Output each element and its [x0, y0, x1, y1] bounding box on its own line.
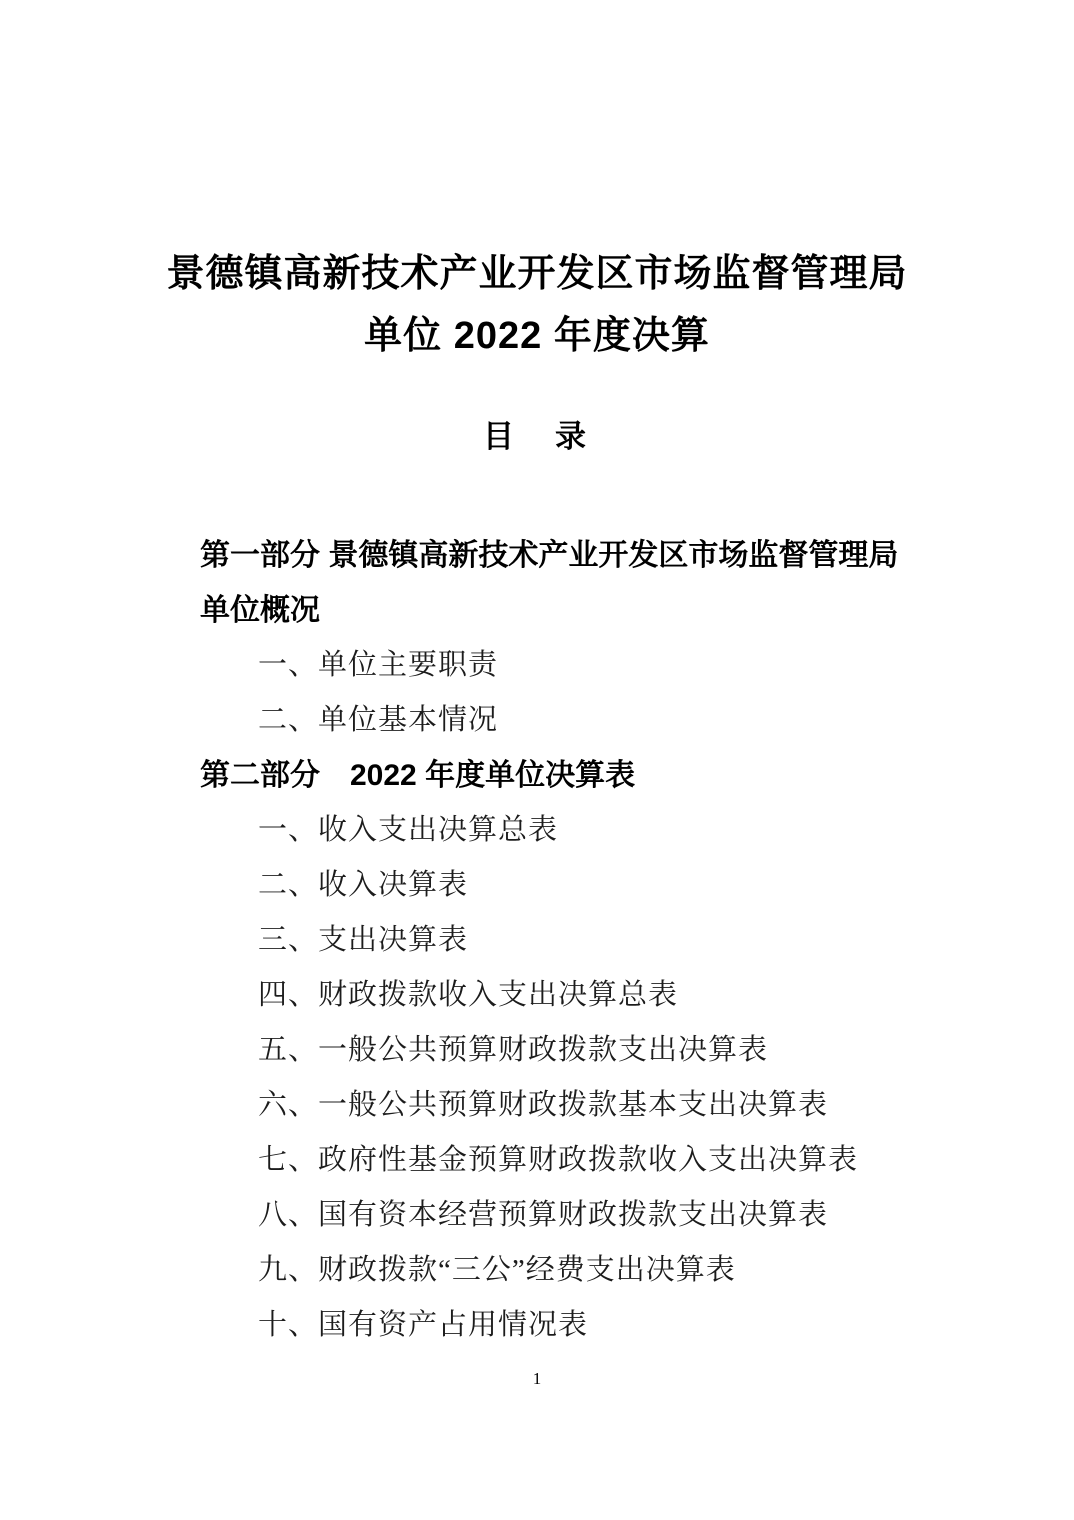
toc-part-heading: 第二部分 2022 年度单位决算表: [200, 748, 908, 803]
toc-item: 十、国有资产占用情况表: [200, 1298, 908, 1353]
document-title-line2: 单位 2022 年度决算: [0, 305, 1074, 367]
document-title: 景德镇高新技术产业开发区市场监督管理局 单位 2022 年度决算: [0, 243, 1074, 367]
toc-item: 一、收入支出决算总表: [200, 803, 908, 858]
toc-item: 五、一般公共预算财政拨款支出决算表: [200, 1023, 908, 1078]
toc-part-heading: 第一部分 景德镇高新技术产业开发区市场监督管理局单位概况: [200, 528, 908, 638]
toc-item: 三、支出决算表: [200, 913, 908, 968]
toc-list: 第一部分 景德镇高新技术产业开发区市场监督管理局单位概况一、单位主要职责二、单位…: [200, 528, 908, 1353]
toc-item: 四、财政拨款收入支出决算总表: [200, 968, 908, 1023]
document-page: 景德镇高新技术产业开发区市场监督管理局 单位 2022 年度决算 目 录 第一部…: [0, 0, 1074, 1520]
toc-heading: 目 录: [0, 417, 1074, 457]
toc-item: 二、单位基本情况: [200, 693, 908, 748]
toc-item: 九、财政拨款“三公”经费支出决算表: [200, 1243, 908, 1298]
toc-item: 一、单位主要职责: [200, 638, 908, 693]
document-title-line1: 景德镇高新技术产业开发区市场监督管理局: [0, 243, 1074, 305]
toc-item: 六、一般公共预算财政拨款基本支出决算表: [200, 1078, 908, 1133]
page-number: 1: [0, 1366, 1074, 1392]
toc-item: 七、政府性基金预算财政拨款收入支出决算表: [200, 1133, 908, 1188]
toc-item: 二、收入决算表: [200, 858, 908, 913]
toc-item: 八、国有资本经营预算财政拨款支出决算表: [200, 1188, 908, 1243]
